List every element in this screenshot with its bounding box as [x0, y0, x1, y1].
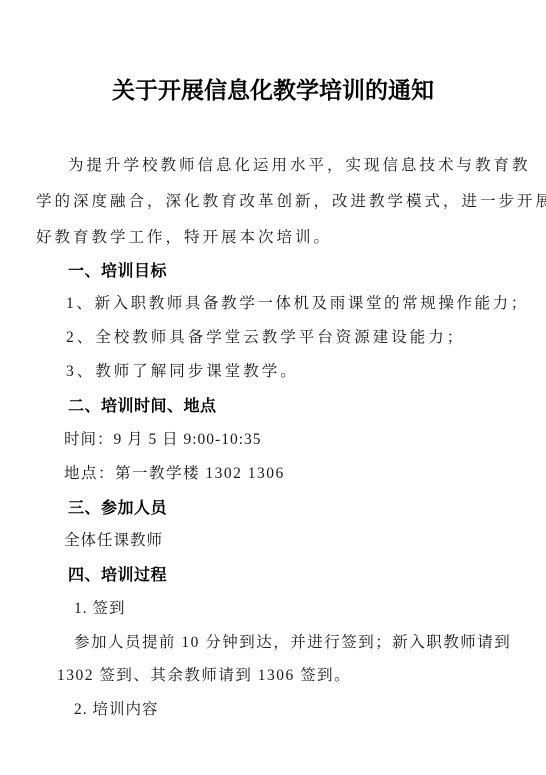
checkin-line: 1302 签到、其余教师请到 1306 签到。 [57, 666, 351, 686]
section-heading: 四、培训过程 [68, 565, 167, 585]
intro-line: 为提升学校教师信息化运用水平，实现信息技术与教育教 [68, 156, 508, 176]
list-item: 2、全校教师具备学堂云教学平台资源建设能力； [66, 328, 465, 348]
section-heading: 三、参加人员 [68, 498, 167, 518]
participants-text: 全体任课教师 [64, 531, 163, 551]
list-item: 3、教师了解同步课堂教学。 [66, 362, 299, 382]
intro-line: 学的深度融合，深化教育改革创新，改进教学模式，进一步开展 [36, 192, 508, 212]
checkin-line: 参加人员提前 10 分钟到达，并进行签到；新入职教师请到 [74, 633, 508, 653]
subsection-label: 1. 签到 [74, 599, 126, 619]
time-text: 时间：9 月 5 日 9:00-10:35 [64, 430, 262, 450]
intro-line: 好教育教学工作，特开展本次培训。 [36, 228, 332, 248]
section-heading: 一、培训目标 [68, 261, 167, 281]
document-title: 关于开展信息化教学培训的通知 [0, 76, 546, 106]
section-heading: 二、培训时间、地点 [68, 396, 217, 416]
list-item: 1、新入职教师具备教学一体机及雨课堂的常规操作能力； [66, 294, 529, 314]
place-text: 地点：第一教学楼 1302 1306 [64, 464, 285, 484]
subsection-label: 2. 培训内容 [74, 700, 159, 720]
